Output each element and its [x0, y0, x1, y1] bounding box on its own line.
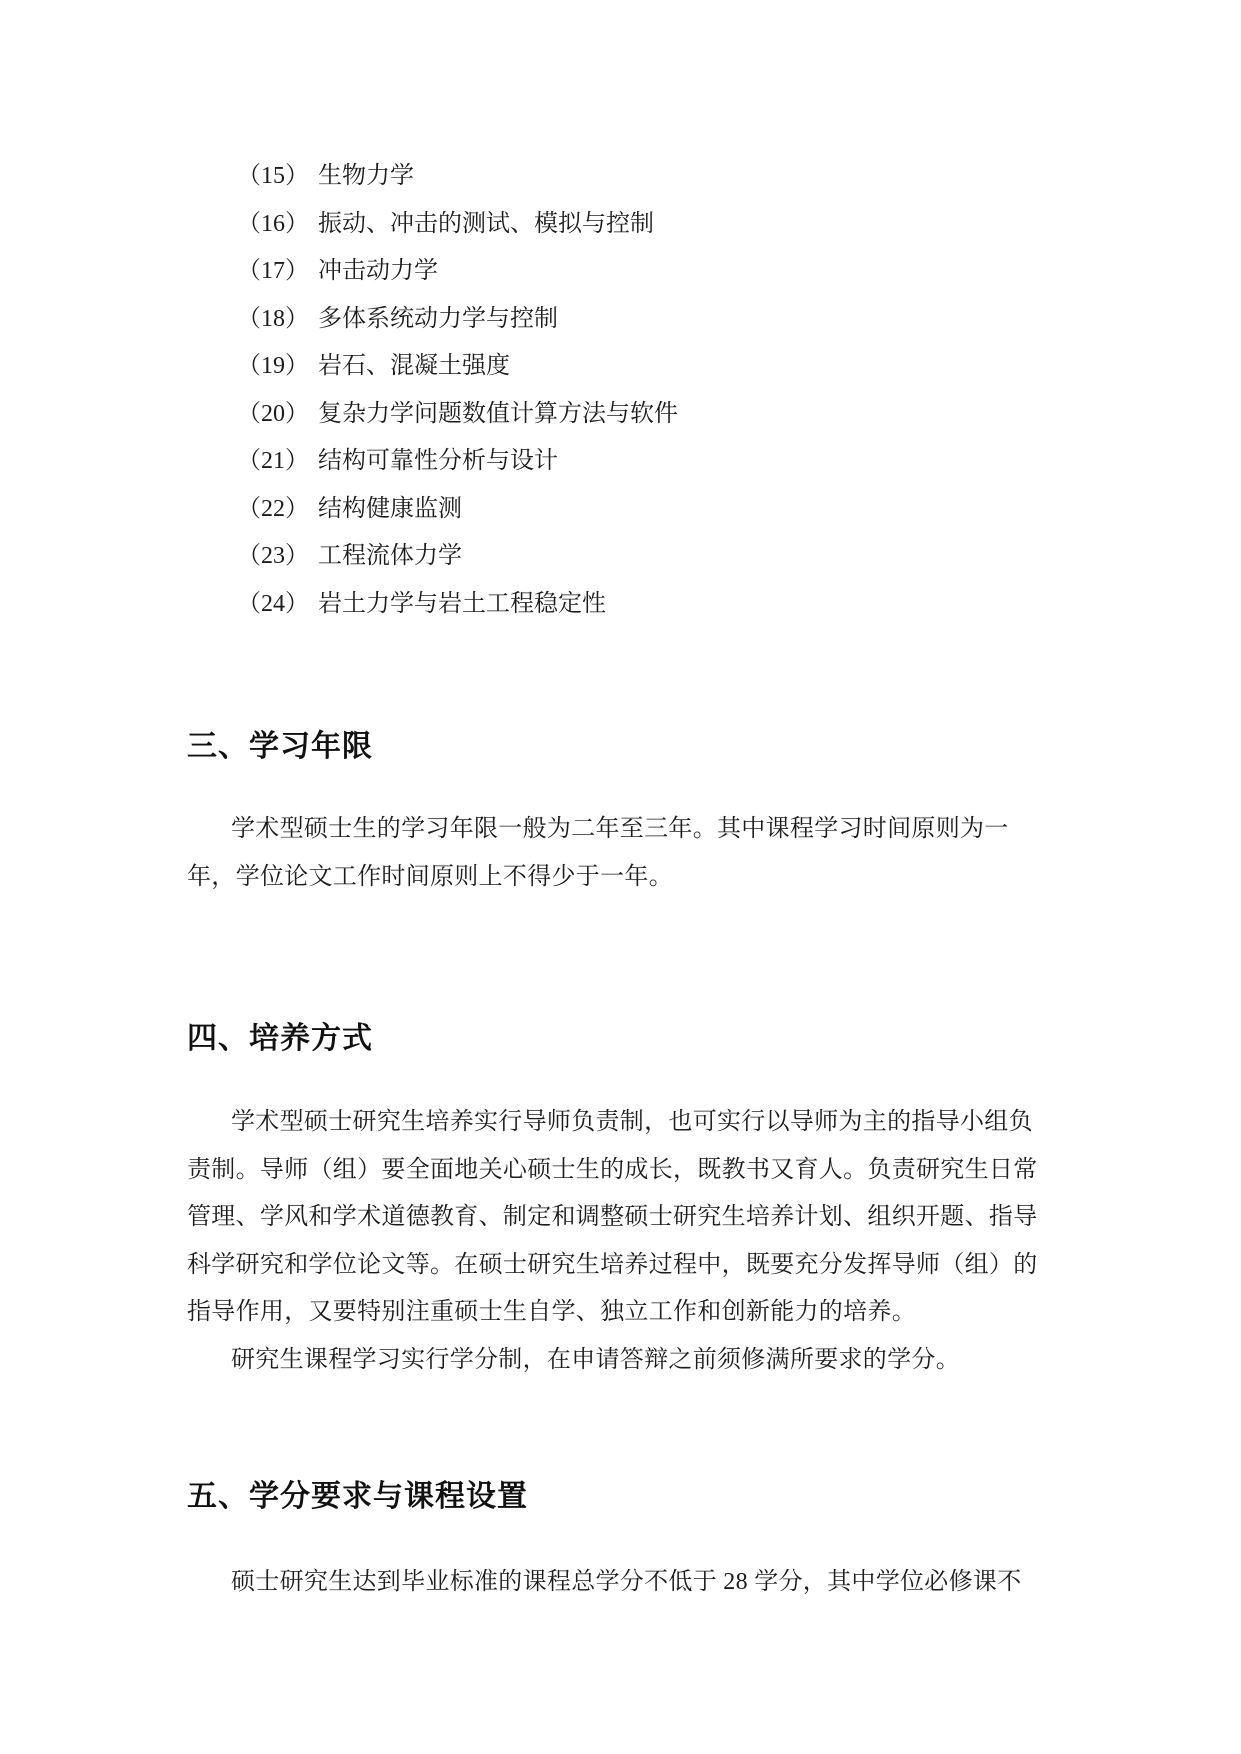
- list-item-label: 岩土力学与岩土工程稳定性: [318, 591, 606, 617]
- list-item: （24）岩土力学与岩土工程稳定性: [187, 581, 1055, 629]
- text-line: 学术型硕士研究生培养实行导师负责制，也可实行以导师为主的指导小组负: [187, 1099, 1055, 1147]
- list-item-label: 结构可靠性分析与设计: [318, 448, 558, 474]
- list-item-number: （16）: [237, 201, 318, 249]
- list-item-label: 多体系统动力学与控制: [318, 306, 558, 332]
- list-item-label: 冲击动力学: [318, 258, 438, 284]
- list-item-label: 生物力学: [318, 163, 414, 189]
- page-content: （15）生物力学 （16）振动、冲击的测试、模拟与控制 （17）冲击动力学 （1…: [187, 0, 1055, 1607]
- list-item-number: （23）: [237, 533, 318, 581]
- list-item-number: （21）: [237, 438, 318, 486]
- text-line: 指导作用，又要特别注重硕士生自学、独立工作和创新能力的培养。: [187, 1289, 1055, 1337]
- section-heading-credit-requirements: 五、学分要求与课程设置: [187, 1473, 1055, 1521]
- text-line: 责制。导师（组）要全面地关心硕士生的成长，既教书又育人。负责研究生日常: [187, 1147, 1055, 1195]
- list-item-label: 工程流体力学: [318, 543, 462, 569]
- list-item: （20）复杂力学问题数值计算方法与软件: [187, 391, 1055, 439]
- list-item-number: （20）: [237, 391, 318, 439]
- list-item: （21）结构可靠性分析与设计: [187, 438, 1055, 486]
- section-heading-study-duration: 三、学习年限: [187, 723, 1055, 771]
- text-line: 学术型硕士生的学习年限一般为二年至三年。其中课程学习时间原则为一: [187, 806, 1055, 854]
- list-item: （19）岩石、混凝土强度: [187, 343, 1055, 391]
- list-item-label: 岩石、混凝土强度: [318, 353, 510, 379]
- list-item-number: （19）: [237, 343, 318, 391]
- text-line: 研究生课程学习实行学分制，在申请答辩之前须修满所要求的学分。: [187, 1337, 1055, 1385]
- document-page: （15）生物力学 （16）振动、冲击的测试、模拟与控制 （17）冲击动力学 （1…: [0, 0, 1241, 1754]
- list-item: （22）结构健康监测: [187, 486, 1055, 534]
- paragraph-credit-requirements: 硕士研究生达到毕业标准的课程总学分不低于 28 学分，其中学位必修课不: [187, 1559, 1055, 1607]
- list-item-number: （15）: [237, 153, 318, 201]
- text-line: 管理、学风和学术道德教育、制定和调整硕士研究生培养计划、组织开题、指导: [187, 1194, 1055, 1242]
- list-item-label: 振动、冲击的测试、模拟与控制: [318, 211, 654, 237]
- text-line: 科学研究和学位论文等。在硕士研究生培养过程中，既要充分发挥导师（组）的: [187, 1242, 1055, 1290]
- list-item-number: （24）: [237, 581, 318, 629]
- research-directions-list: （15）生物力学 （16）振动、冲击的测试、模拟与控制 （17）冲击动力学 （1…: [187, 153, 1055, 628]
- list-item: （15）生物力学: [187, 153, 1055, 201]
- list-item-number: （17）: [237, 248, 318, 296]
- list-item-number: （18）: [237, 296, 318, 344]
- list-item-number: （22）: [237, 486, 318, 534]
- paragraph-credit-system: 研究生课程学习实行学分制，在申请答辩之前须修满所要求的学分。: [187, 1337, 1055, 1385]
- list-item-label: 结构健康监测: [318, 496, 462, 522]
- paragraph-study-duration: 学术型硕士生的学习年限一般为二年至三年。其中课程学习时间原则为一 年，学位论文工…: [187, 806, 1055, 901]
- list-item: （17）冲击动力学: [187, 248, 1055, 296]
- text-line: 年，学位论文工作时间原则上不得少于一年。: [187, 854, 1055, 902]
- paragraph-training-mode: 学术型硕士研究生培养实行导师负责制，也可实行以导师为主的指导小组负 责制。导师（…: [187, 1099, 1055, 1337]
- list-item-label: 复杂力学问题数值计算方法与软件: [318, 401, 678, 427]
- list-item: （23）工程流体力学: [187, 533, 1055, 581]
- list-item: （18）多体系统动力学与控制: [187, 296, 1055, 344]
- list-item: （16）振动、冲击的测试、模拟与控制: [187, 201, 1055, 249]
- section-heading-training-mode: 四、培养方式: [187, 1015, 1055, 1063]
- text-line: 硕士研究生达到毕业标准的课程总学分不低于 28 学分，其中学位必修课不: [187, 1559, 1055, 1607]
